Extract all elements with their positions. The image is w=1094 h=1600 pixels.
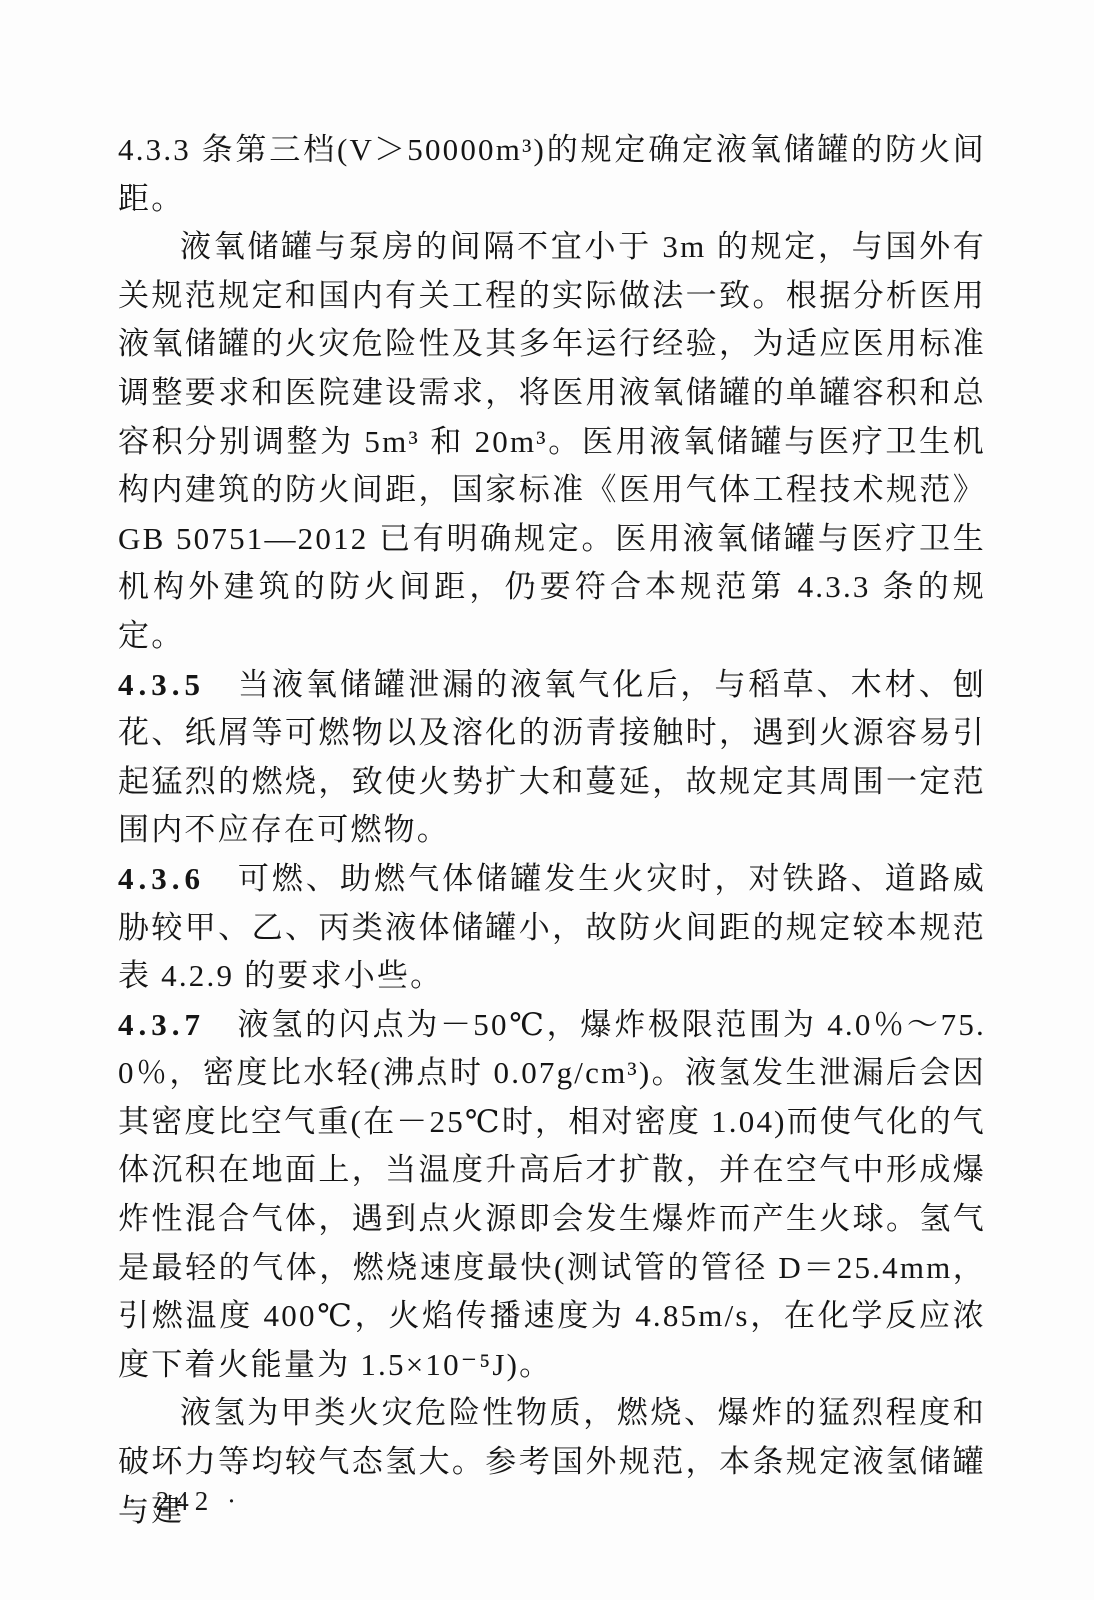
section-number: 4.3.7: [118, 1007, 205, 1042]
section-number: 4.3.6: [118, 861, 205, 896]
document-page: 4.3.3 条第三档(V＞50000m³)的规定确定液氧储罐的防火间距。液氧储罐…: [0, 0, 1094, 1600]
document-body: 4.3.3 条第三档(V＞50000m³)的规定确定液氧储罐的防火间距。液氧储罐…: [118, 126, 986, 1535]
paragraph: 液氧储罐与泵房的间隔不宜小于 3m 的规定，与国外有关规范规定和国内有关工程的实…: [118, 223, 986, 660]
section-number: 4.3.5: [118, 667, 205, 702]
page-number: · 242 ·: [128, 1486, 242, 1517]
paragraph: 4.3.5当液氧储罐泄漏的液氧气化后，与稻草、木材、刨花、纸屑等可燃物以及溶化的…: [118, 661, 986, 855]
paragraph: 4.3.6可燃、助燃气体储罐发生火灾时，对铁路、道路威胁较甲、乙、丙类液体储罐小…: [118, 855, 986, 1001]
paragraph: 液氢为甲类火灾危险性物质，燃烧、爆炸的猛烈程度和破坏力等均较气态氢大。参考国外规…: [118, 1389, 986, 1535]
paragraph: 4.3.7液氢的闪点为－50℃，爆炸极限范围为 4.0％～75.0％，密度比水轻…: [118, 1001, 986, 1390]
paragraph: 4.3.3 条第三档(V＞50000m³)的规定确定液氧储罐的防火间距。: [118, 126, 986, 223]
